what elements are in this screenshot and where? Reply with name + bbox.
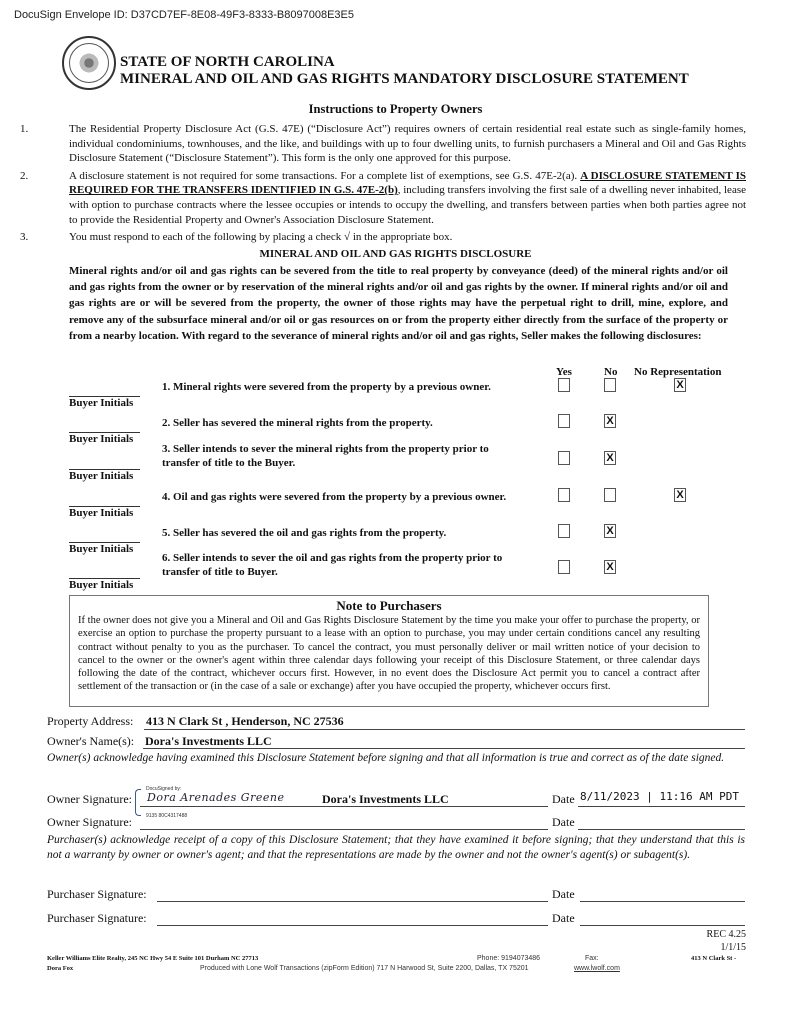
note-text: If the owner does not give you a Mineral…	[78, 614, 700, 694]
owner-signature-image[interactable]: Dora Arenades Greene	[147, 791, 284, 804]
disclosure-heading: MINERAL AND OIL AND GAS RIGHTS DISCLOSUR…	[0, 248, 791, 260]
owner-date-2-line[interactable]	[578, 829, 745, 830]
owner-signature-2-line[interactable]	[140, 829, 548, 830]
instruction-text: A disclosure statement is not required f…	[69, 169, 746, 227]
owner-printed-name: Dora's Investments LLC	[322, 792, 449, 807]
checkbox-yes[interactable]	[558, 524, 570, 538]
instruction-item: 2. A disclosure statement is not require…	[20, 169, 746, 227]
owner-name-value[interactable]: Dora's Investments LLC	[145, 734, 272, 749]
footer-property-ref: 413 N Clark St -	[691, 955, 736, 962]
purchaser-date-2-line[interactable]	[580, 925, 745, 926]
instruction-number: 1.	[20, 122, 69, 166]
disclosure-question-row: Buyer Initials6. Seller intends to sever…	[0, 557, 791, 593]
property-address-label: Property Address:	[47, 714, 133, 729]
owner-signature-line	[140, 806, 548, 807]
property-address-line	[144, 729, 745, 730]
buyer-initials-label: Buyer Initials	[69, 397, 133, 409]
purchaser-date-label: Date	[552, 887, 575, 902]
checkbox-yes[interactable]	[558, 414, 570, 428]
checkbox-no[interactable]: X	[604, 414, 616, 428]
property-address-value[interactable]: 413 N Clark St , Henderson, NC 27536	[146, 714, 344, 729]
form-date: 1/1/15	[660, 942, 746, 953]
docusign-bracket	[135, 789, 141, 816]
purchaser-signature-2-line[interactable]	[157, 925, 548, 926]
owner-date-line	[578, 806, 745, 807]
question-text: 2. Seller has severed the mineral rights…	[162, 416, 552, 430]
question-text: 4. Oil and gas rights were severed from …	[162, 490, 552, 504]
title-form: MINERAL AND OIL AND GAS RIGHTS MANDATORY…	[120, 71, 689, 88]
owner-date-2-label: Date	[552, 815, 575, 830]
instructions-list: 1. The Residential Property Disclosure A…	[20, 122, 746, 248]
buyer-initials-label: Buyer Initials	[69, 543, 133, 555]
buyer-initials-label: Buyer Initials	[69, 507, 133, 519]
signature-id: 9135 80C4317488	[146, 813, 187, 819]
note-to-purchasers: Note to Purchasers If the owner does not…	[69, 595, 709, 707]
disclosure-question-row: Buyer Initials4. Oil and gas rights were…	[0, 485, 791, 521]
instruction-text: You must respond to each of the followin…	[69, 230, 452, 245]
checkbox-no[interactable]: X	[604, 524, 616, 538]
docusign-envelope-id: DocuSign Envelope ID: D37CD7EF-8E08-49F3…	[14, 9, 354, 21]
checkbox-no[interactable]	[604, 378, 616, 392]
footer-link[interactable]: www.lwolf.com	[574, 965, 620, 972]
checkbox-no-rep[interactable]: X	[674, 488, 686, 502]
owner-signature-label: Owner Signature:	[47, 792, 132, 807]
footer-agent: Dora Fox	[47, 965, 73, 972]
instruction-item: 1. The Residential Property Disclosure A…	[20, 122, 746, 166]
question-text: 1. Mineral rights were severed from the …	[162, 380, 552, 394]
checkbox-no[interactable]: X	[604, 451, 616, 465]
instruction-text: The Residential Property Disclosure Act …	[69, 122, 746, 166]
form-code: REC 4.25	[660, 929, 746, 940]
disclosure-question-row: Buyer Initials3. Seller intends to sever…	[0, 448, 791, 484]
footer-produced-by: Produced with Lone Wolf Transactions (zi…	[200, 965, 529, 972]
checkbox-yes[interactable]	[558, 488, 570, 502]
buyer-initials-label: Buyer Initials	[69, 470, 133, 482]
question-text: 3. Seller intends to sever the mineral r…	[162, 442, 522, 470]
instructions-heading: Instructions to Property Owners	[0, 102, 791, 117]
owner-date-label: Date	[552, 792, 575, 807]
owner-name-label: Owner's Name(s):	[47, 734, 134, 749]
checkbox-yes[interactable]	[558, 560, 570, 574]
owner-acknowledgement: Owner(s) acknowledge having examined thi…	[47, 751, 745, 766]
footer-fax: Fax:	[585, 955, 599, 962]
title-state: STATE OF NORTH CAROLINA	[120, 54, 335, 71]
disclosure-body: Mineral rights and/or oil and gas rights…	[69, 263, 728, 344]
owner-signature-2-label: Owner Signature:	[47, 815, 132, 830]
checkbox-no-rep[interactable]: X	[674, 378, 686, 392]
checkbox-yes[interactable]	[558, 378, 570, 392]
instruction-number: 2.	[20, 169, 69, 227]
owner-name-line	[143, 748, 745, 749]
purchaser-date-2-label: Date	[552, 911, 575, 926]
note-title: Note to Purchasers	[78, 598, 700, 614]
owner-date-value[interactable]: 8/11/2023 | 11:16 AM PDT	[580, 790, 739, 803]
instruction-item: 3. You must respond to each of the follo…	[20, 230, 746, 245]
disclosure-question-row: Buyer Initials1. Mineral rights were sev…	[0, 375, 791, 411]
buyer-initials-label: Buyer Initials	[69, 579, 133, 591]
purchaser-acknowledgement: Purchaser(s) acknowledge receipt of a co…	[47, 833, 745, 863]
instruction-number: 3.	[20, 230, 69, 245]
nc-seal-icon	[62, 36, 116, 90]
footer-phone: Phone: 9194073486	[477, 955, 540, 962]
checkbox-no[interactable]	[604, 488, 616, 502]
purchaser-signature-label: Purchaser Signature:	[47, 887, 147, 902]
purchaser-signature-line[interactable]	[157, 901, 548, 902]
checkbox-no[interactable]: X	[604, 560, 616, 574]
question-text: 6. Seller intends to sever the oil and g…	[162, 551, 522, 579]
question-text: 5. Seller has severed the oil and gas ri…	[162, 526, 552, 540]
purchaser-signature-2-label: Purchaser Signature:	[47, 911, 147, 926]
purchaser-date-line[interactable]	[580, 901, 745, 902]
footer-brokerage: Keller Williams Elite Realty, 245 NC Hwy…	[47, 955, 258, 962]
checkbox-yes[interactable]	[558, 451, 570, 465]
buyer-initials-label: Buyer Initials	[69, 433, 133, 445]
instruction-text-part: A disclosure statement is not required f…	[69, 170, 580, 182]
